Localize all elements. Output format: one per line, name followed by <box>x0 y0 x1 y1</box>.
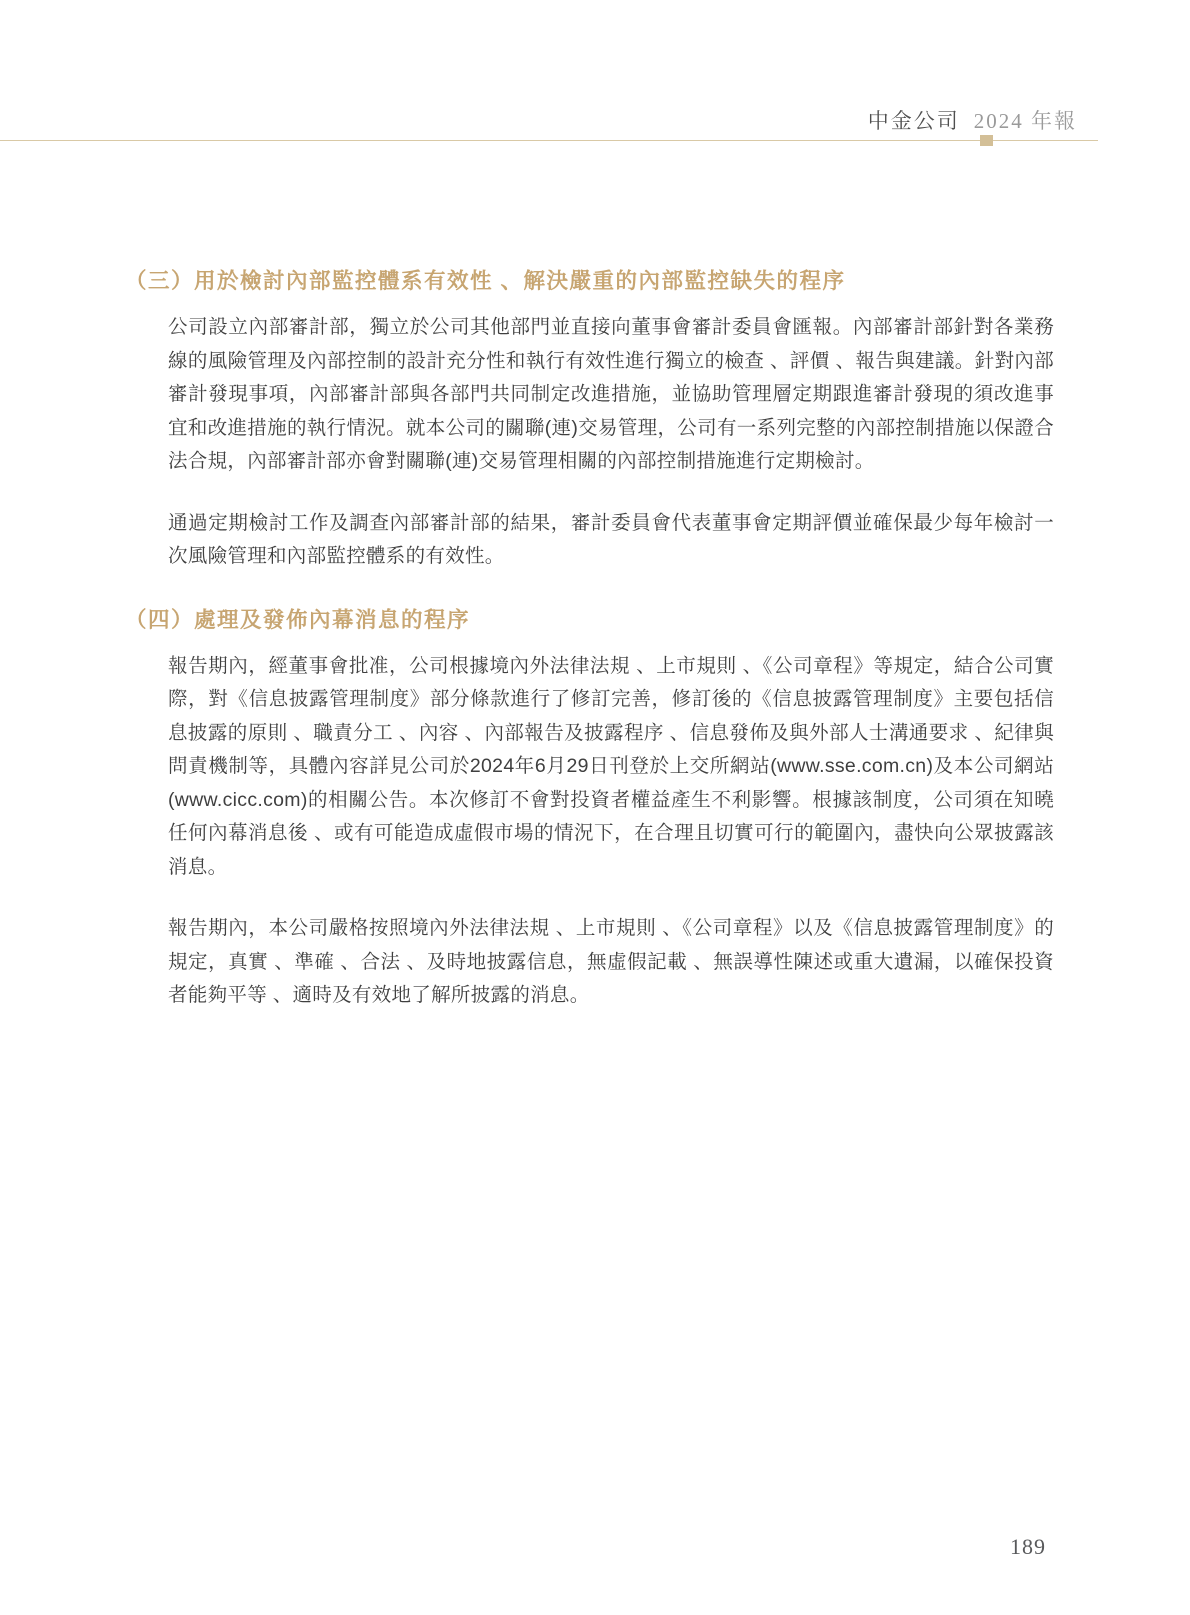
header-divider-square-marker <box>980 135 993 146</box>
paragraph: 通過定期檢討工作及調查內部審計部的結果，審計委員會代表董事會定期評價並確保最少每… <box>168 507 1054 574</box>
section-body-3: 公司設立內部審計部，獨立於公司其他部門並直接向董事會審計委員會匯報。內部審計部針… <box>168 311 1054 574</box>
section-inside-information: （四）處理及發佈內幕消息的程序 報告期內，經董事會批准，公司根據境內外法律法規 … <box>125 605 1054 1013</box>
page-content: （三）用於檢討內部監控體系有效性 、解決嚴重的內部監控缺失的程序 公司設立內部審… <box>125 266 1054 1044</box>
section-body-4: 報告期內，經董事會批准，公司根據境內外法律法規 、上市規則 、《公司章程》等規定… <box>168 650 1054 1013</box>
header-divider-line <box>0 140 1098 141</box>
section-internal-control-review: （三）用於檢討內部監控體系有效性 、解決嚴重的內部監控缺失的程序 公司設立內部審… <box>125 266 1054 574</box>
page-number: 189 <box>1010 1534 1046 1560</box>
section-heading-3: （三）用於檢討內部監控體系有效性 、解決嚴重的內部監控缺失的程序 <box>125 266 1054 296</box>
paragraph: 報告期內，經董事會批准，公司根據境內外法律法規 、上市規則 、《公司章程》等規定… <box>168 650 1054 885</box>
company-name: 中金公司 <box>868 109 960 133</box>
section-heading-4: （四）處理及發佈內幕消息的程序 <box>125 605 1054 635</box>
paragraph: 公司設立內部審計部，獨立於公司其他部門並直接向董事會審計委員會匯報。內部審計部針… <box>168 311 1054 479</box>
running-header: 中金公司2024 年報 <box>868 105 1077 135</box>
paragraph: 報告期內，本公司嚴格按照境內外法律法規 、上市規則 、《公司章程》以及《信息披露… <box>168 912 1054 1013</box>
report-year: 2024 年報 <box>974 109 1077 133</box>
